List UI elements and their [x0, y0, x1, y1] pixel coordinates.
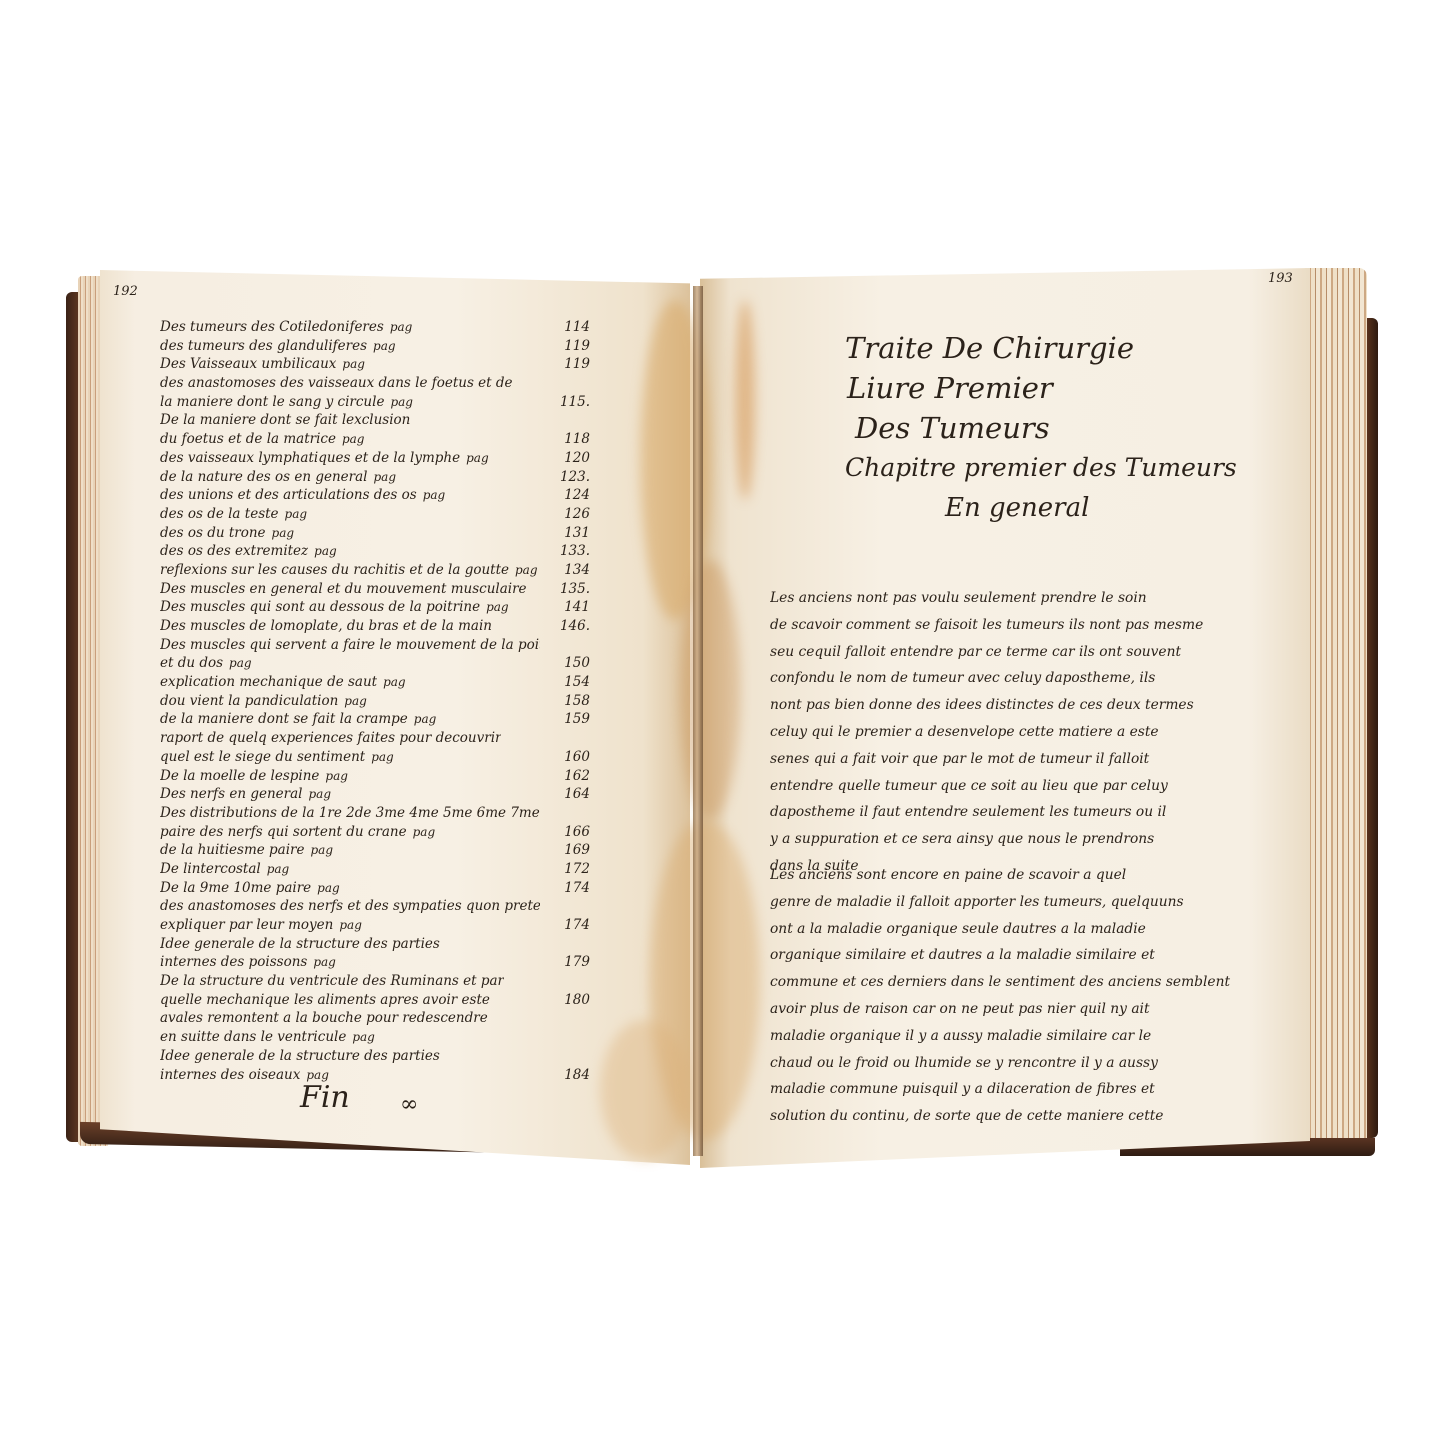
toc-entry-pag-label: pag [515, 563, 538, 577]
toc-entry-title: Des tumeurs des Cotiledoniferes [160, 318, 384, 336]
toc-entry-title: Des Vaisseaux umbilicaux [160, 355, 336, 373]
heading-line-chapter: Chapitre premier des Tumeurs [845, 448, 1265, 488]
toc-entry-page-number: 150 [564, 654, 590, 672]
open-manuscript-book: 192 193 Des tumeurs des Cotiledoniferesp… [0, 0, 1445, 1445]
toc-entry-title: des anastomoses des nerfs et des sympati… [160, 897, 540, 915]
toc-entry-title: de la huitiesme paire [160, 841, 304, 859]
heading-line-subject: Des Tumeurs [845, 408, 1265, 448]
toc-entry: des tumeurs des glanduliferespag119 [160, 337, 590, 356]
toc-entry-title: De la structure du ventricule des Rumina… [160, 972, 504, 990]
toc-entry: Idee generale de la structure des partie… [160, 935, 590, 954]
manuscript-line: seu cequil falloit entendre par ce terme… [770, 639, 1240, 666]
toc-entry-page-number: 115. [560, 393, 590, 411]
toc-entry-pag-label: pag [390, 395, 413, 409]
toc-entry-page-number: 146. [560, 617, 590, 635]
manuscript-line: ont a la maladie organique seule dautres… [770, 916, 1240, 943]
toc-entry-page-number: 114 [564, 318, 590, 336]
toc-entry: dou vient la pandiculationpag158 [160, 692, 590, 711]
manuscript-line: maladie organique il y a aussy maladie s… [770, 1023, 1240, 1050]
toc-entry: des anastomoses des nerfs et des sympati… [160, 897, 590, 916]
toc-entry-page-number: 158 [564, 692, 590, 710]
toc-entry-page-number: 162 [564, 767, 590, 785]
water-stain [680, 560, 740, 820]
toc-entry-title: reflexions sur les causes du rachitis et… [160, 561, 509, 579]
toc-entry: de la huitiesme pairepag169 [160, 841, 590, 860]
toc-entry-title: paire des nerfs qui sortent du crane [160, 823, 407, 841]
book-gutter [693, 286, 703, 1156]
toc-entry-page-number: 174 [564, 879, 590, 897]
toc-entry-page-number: 154 [564, 673, 590, 691]
toc-entry-pag-label: pag [285, 507, 308, 521]
toc-entry: internes des poissonspag179 [160, 953, 590, 972]
water-stain [600, 1020, 690, 1160]
toc-entry-pag-label: pag [486, 600, 509, 614]
toc-entry-pag-label: pag [310, 843, 333, 857]
toc-entry-pag-label: pag [423, 488, 446, 502]
toc-entry-page-number: 160 [564, 748, 590, 766]
manuscript-line: entendre quelle tumeur que ce soit au li… [770, 773, 1240, 800]
manuscript-line: organique similaire et dautres a la mala… [770, 942, 1240, 969]
toc-entry: des os du tronepag131 [160, 524, 590, 543]
toc-entry-page-number: 172 [564, 860, 590, 878]
toc-entry-pag-label: pag [373, 339, 396, 353]
toc-entry-title: avales remontent a la bouche pour redesc… [160, 1009, 488, 1027]
toc-entry-title: Des nerfs en general [160, 785, 303, 803]
toc-entry: Idee generale de la structure des partie… [160, 1047, 590, 1066]
toc-entry-title: Des muscles qui sont au dessous de la po… [160, 598, 480, 616]
toc-entry-title: De lintercostal [160, 860, 261, 878]
toc-entry: raport de quelq experiences faites pour … [160, 729, 590, 748]
toc-entry-title: du foetus et de la matrice [160, 430, 336, 448]
toc-entry-page-number: 118 [564, 430, 590, 448]
toc-entry-page-number: 119 [564, 337, 590, 355]
toc-entry-title: internes des oiseaux [160, 1066, 300, 1084]
toc-entry-pag-label: pag [342, 357, 365, 371]
heading-line-general: En general [845, 488, 1265, 528]
manuscript-line: dapostheme il faut entendre seulement le… [770, 799, 1240, 826]
toc-entry: De la moelle de lespinepag162 [160, 767, 590, 786]
toc-entry-page-number: 159 [564, 710, 590, 728]
manuscript-line: celuy qui le premier a desenvelope cette… [770, 719, 1240, 746]
toc-entry-pag-label: pag [344, 694, 367, 708]
toc-entry-title: des os des extremitez [160, 542, 308, 560]
toc-entry-pag-label: pag [414, 712, 437, 726]
toc-entry-pag-label: pag [317, 881, 340, 895]
toc-entry: Des muscles qui sont au dessous de la po… [160, 598, 590, 617]
toc-entry-pag-label: pag [272, 526, 295, 540]
toc-entry-title: De la moelle de lespine [160, 767, 319, 785]
toc-entry-title: quel est le siege du sentiment [160, 748, 365, 766]
toc-entry-pag-label: pag [267, 862, 290, 876]
toc-entry-title: De la maniere dont se fait lexclusion [160, 411, 410, 429]
manuscript-line: commune et ces derniers dans le sentimen… [770, 969, 1240, 996]
toc-entry-title: dou vient la pandiculation [160, 692, 338, 710]
toc-entry: Des muscles en general et du mouvement m… [160, 580, 590, 599]
toc-entry-page-number: 164 [564, 785, 590, 803]
folio-number-left: 192 [113, 284, 138, 299]
toc-entry: de la nature des os en generalpag123. [160, 468, 590, 487]
manuscript-line: solution du continu, de sorte que de cet… [770, 1103, 1240, 1130]
toc-entry-pag-label: pag [371, 750, 394, 764]
toc-entry: des os des extremitezpag133. [160, 542, 590, 561]
toc-entry: du foetus et de la matricepag118 [160, 430, 590, 449]
toc-entry: Des Vaisseaux umbilicauxpag119 [160, 355, 590, 374]
manuscript-line: genre de maladie il falloit apporter les… [770, 889, 1240, 916]
toc-entry-title: raport de quelq experiences faites pour … [160, 729, 501, 747]
toc-entry-title: de la maniere dont se fait la crampe [160, 710, 408, 728]
toc-entry-page-number: 124 [564, 486, 590, 504]
toc-entry-page-number: 166 [564, 823, 590, 841]
toc-entry-page-number: 133. [560, 542, 590, 560]
toc-entry: des os de la testepag126 [160, 505, 590, 524]
manuscript-line: de scavoir comment se faisoit les tumeur… [770, 612, 1240, 639]
toc-entry-page-number: 174 [564, 916, 590, 934]
toc-entry: De la maniere dont se fait lexclusion [160, 411, 590, 430]
water-stain [735, 300, 755, 500]
manuscript-line: avoir plus de raison car on ne peut pas … [770, 996, 1240, 1023]
toc-entry: Des nerfs en generalpag164 [160, 785, 590, 804]
manuscript-line: chaud ou le froid ou lhumide se y rencon… [770, 1050, 1240, 1077]
toc-entry-title: Idee generale de la structure des partie… [160, 935, 440, 953]
toc-entry-title: quelle mechanique les aliments apres avo… [160, 991, 490, 1009]
toc-entry-page-number: 119 [564, 355, 590, 373]
toc-entry-pag-label: pag [352, 1030, 375, 1044]
toc-entry: Des distributions de la 1re 2de 3me 4me … [160, 804, 590, 823]
toc-entry-page-number: 134 [564, 561, 590, 579]
toc-entry: des anastomoses des vaisseaux dans le fo… [160, 374, 590, 393]
toc-entry-title: des vaisseaux lymphatiques et de la lymp… [160, 449, 460, 467]
toc-entry-page-number: 123. [560, 468, 590, 486]
toc-entry-pag-label: pag [413, 825, 436, 839]
toc-entry-page-number: 141 [564, 598, 590, 616]
toc-entry-title: la maniere dont le sang y circule [160, 393, 384, 411]
page-edges-right [1305, 268, 1367, 1148]
table-of-contents: Des tumeurs des Cotiledoniferespag114des… [160, 318, 590, 1084]
toc-entry-title: des os de la teste [160, 505, 279, 523]
toc-entry-title: des anastomoses des vaisseaux dans le fo… [160, 374, 513, 392]
toc-entry: avales remontent a la bouche pour redesc… [160, 1009, 590, 1028]
toc-entry-title: Des muscles en general et du mouvement m… [160, 580, 527, 598]
toc-entry-title: Des distributions de la 1re 2de 3me 4me … [160, 804, 540, 822]
toc-entry-title: Des muscles qui servent a faire le mouve… [160, 636, 540, 654]
toc-entry-pag-label: pag [373, 470, 396, 484]
toc-entry: quel est le siege du sentimentpag160 [160, 748, 590, 767]
toc-entry-title: et du dos [160, 654, 223, 672]
chapter-heading: Traite De Chirurgie Liure Premier Des Tu… [845, 328, 1265, 528]
manuscript-line: Les anciens sont encore en paine de scav… [770, 862, 1240, 889]
toc-entry-pag-label: pag [466, 451, 489, 465]
flourish-ornament: ∞ [400, 1092, 418, 1117]
toc-entry-pag-label: pag [313, 955, 336, 969]
toc-entry-page-number: 179 [564, 953, 590, 971]
toc-entry-page-number: 120 [564, 449, 590, 467]
toc-entry: internes des oiseauxpag184 [160, 1066, 590, 1085]
toc-entry: et du dospag150 [160, 654, 590, 673]
heading-line-book: Liure Premier [845, 368, 1265, 408]
toc-entry-pag-label: pag [314, 544, 337, 558]
toc-entry-title: de la nature des os en general [160, 468, 367, 486]
manuscript-line: senes qui a fait voir que par le mot de … [770, 746, 1240, 773]
toc-entry-page-number: 184 [564, 1066, 590, 1084]
heading-line-treatise: Traite De Chirurgie [845, 328, 1265, 368]
paragraph-1: Les anciens nont pas voulu seulement pre… [770, 585, 1240, 880]
toc-entry: Des tumeurs des Cotiledoniferespag114 [160, 318, 590, 337]
toc-entry: des unions et des articulations des ospa… [160, 486, 590, 505]
toc-entry-pag-label: pag [339, 918, 362, 932]
manuscript-line: confondu le nom de tumeur avec celuy dap… [770, 665, 1240, 692]
toc-entry-page-number: 135. [560, 580, 590, 598]
toc-entry: des vaisseaux lymphatiques et de la lymp… [160, 449, 590, 468]
toc-entry: Des muscles qui servent a faire le mouve… [160, 636, 590, 655]
toc-entry: De la structure du ventricule des Rumina… [160, 972, 590, 991]
toc-entry-title: internes des poissons [160, 953, 307, 971]
closing-fin: Fin [300, 1080, 350, 1115]
toc-entry: la maniere dont le sang y circulepag115. [160, 393, 590, 412]
toc-entry: en suitte dans le ventriculepag [160, 1028, 590, 1047]
toc-entry-page-number: 126 [564, 505, 590, 523]
toc-entry-title: De la 9me 10me paire [160, 879, 311, 897]
toc-entry: de la maniere dont se fait la crampepag1… [160, 710, 590, 729]
folio-number-right: 193 [1268, 271, 1293, 286]
toc-entry: reflexions sur les causes du rachitis et… [160, 561, 590, 580]
toc-entry-page-number: 131 [564, 524, 590, 542]
toc-entry: De la 9me 10me pairepag174 [160, 879, 590, 898]
toc-entry-title: des unions et des articulations des os [160, 486, 417, 504]
toc-entry-pag-label: pag [383, 675, 406, 689]
toc-entry-title: des tumeurs des glanduliferes [160, 337, 367, 355]
toc-entry-title: explication mechanique de saut [160, 673, 377, 691]
paragraph-2: Les anciens sont encore en paine de scav… [770, 862, 1240, 1130]
toc-entry-title: expliquer par leur moyen [160, 916, 333, 934]
toc-entry-pag-label: pag [342, 432, 365, 446]
toc-entry-pag-label: pag [229, 656, 252, 670]
manuscript-line: Les anciens nont pas voulu seulement pre… [770, 585, 1240, 612]
toc-entry: explication mechanique de sautpag154 [160, 673, 590, 692]
toc-entry-title: Idee generale de la structure des partie… [160, 1047, 440, 1065]
toc-entry: Des muscles de lomoplate, du bras et de … [160, 617, 590, 636]
toc-entry: quelle mechanique les aliments apres avo… [160, 991, 590, 1010]
toc-entry: expliquer par leur moyenpag174 [160, 916, 590, 935]
toc-entry-title: des os du trone [160, 524, 266, 542]
toc-entry-page-number: 169 [564, 841, 590, 859]
toc-entry: De lintercostalpag172 [160, 860, 590, 879]
toc-entry-pag-label: pag [390, 320, 413, 334]
manuscript-line: y a suppuration et ce sera ainsy que nou… [770, 826, 1240, 853]
manuscript-line: maladie commune puisquil y a dilaceratio… [770, 1076, 1240, 1103]
toc-entry-pag-label: pag [309, 787, 332, 801]
toc-entry-title: Des muscles de lomoplate, du bras et de … [160, 617, 492, 635]
manuscript-line: nont pas bien donne des idees distinctes… [770, 692, 1240, 719]
toc-entry-pag-label: pag [325, 769, 348, 783]
toc-entry-title: en suitte dans le ventricule [160, 1028, 346, 1046]
toc-entry-page-number: 180 [564, 991, 590, 1009]
toc-entry: paire des nerfs qui sortent du cranepag1… [160, 823, 590, 842]
